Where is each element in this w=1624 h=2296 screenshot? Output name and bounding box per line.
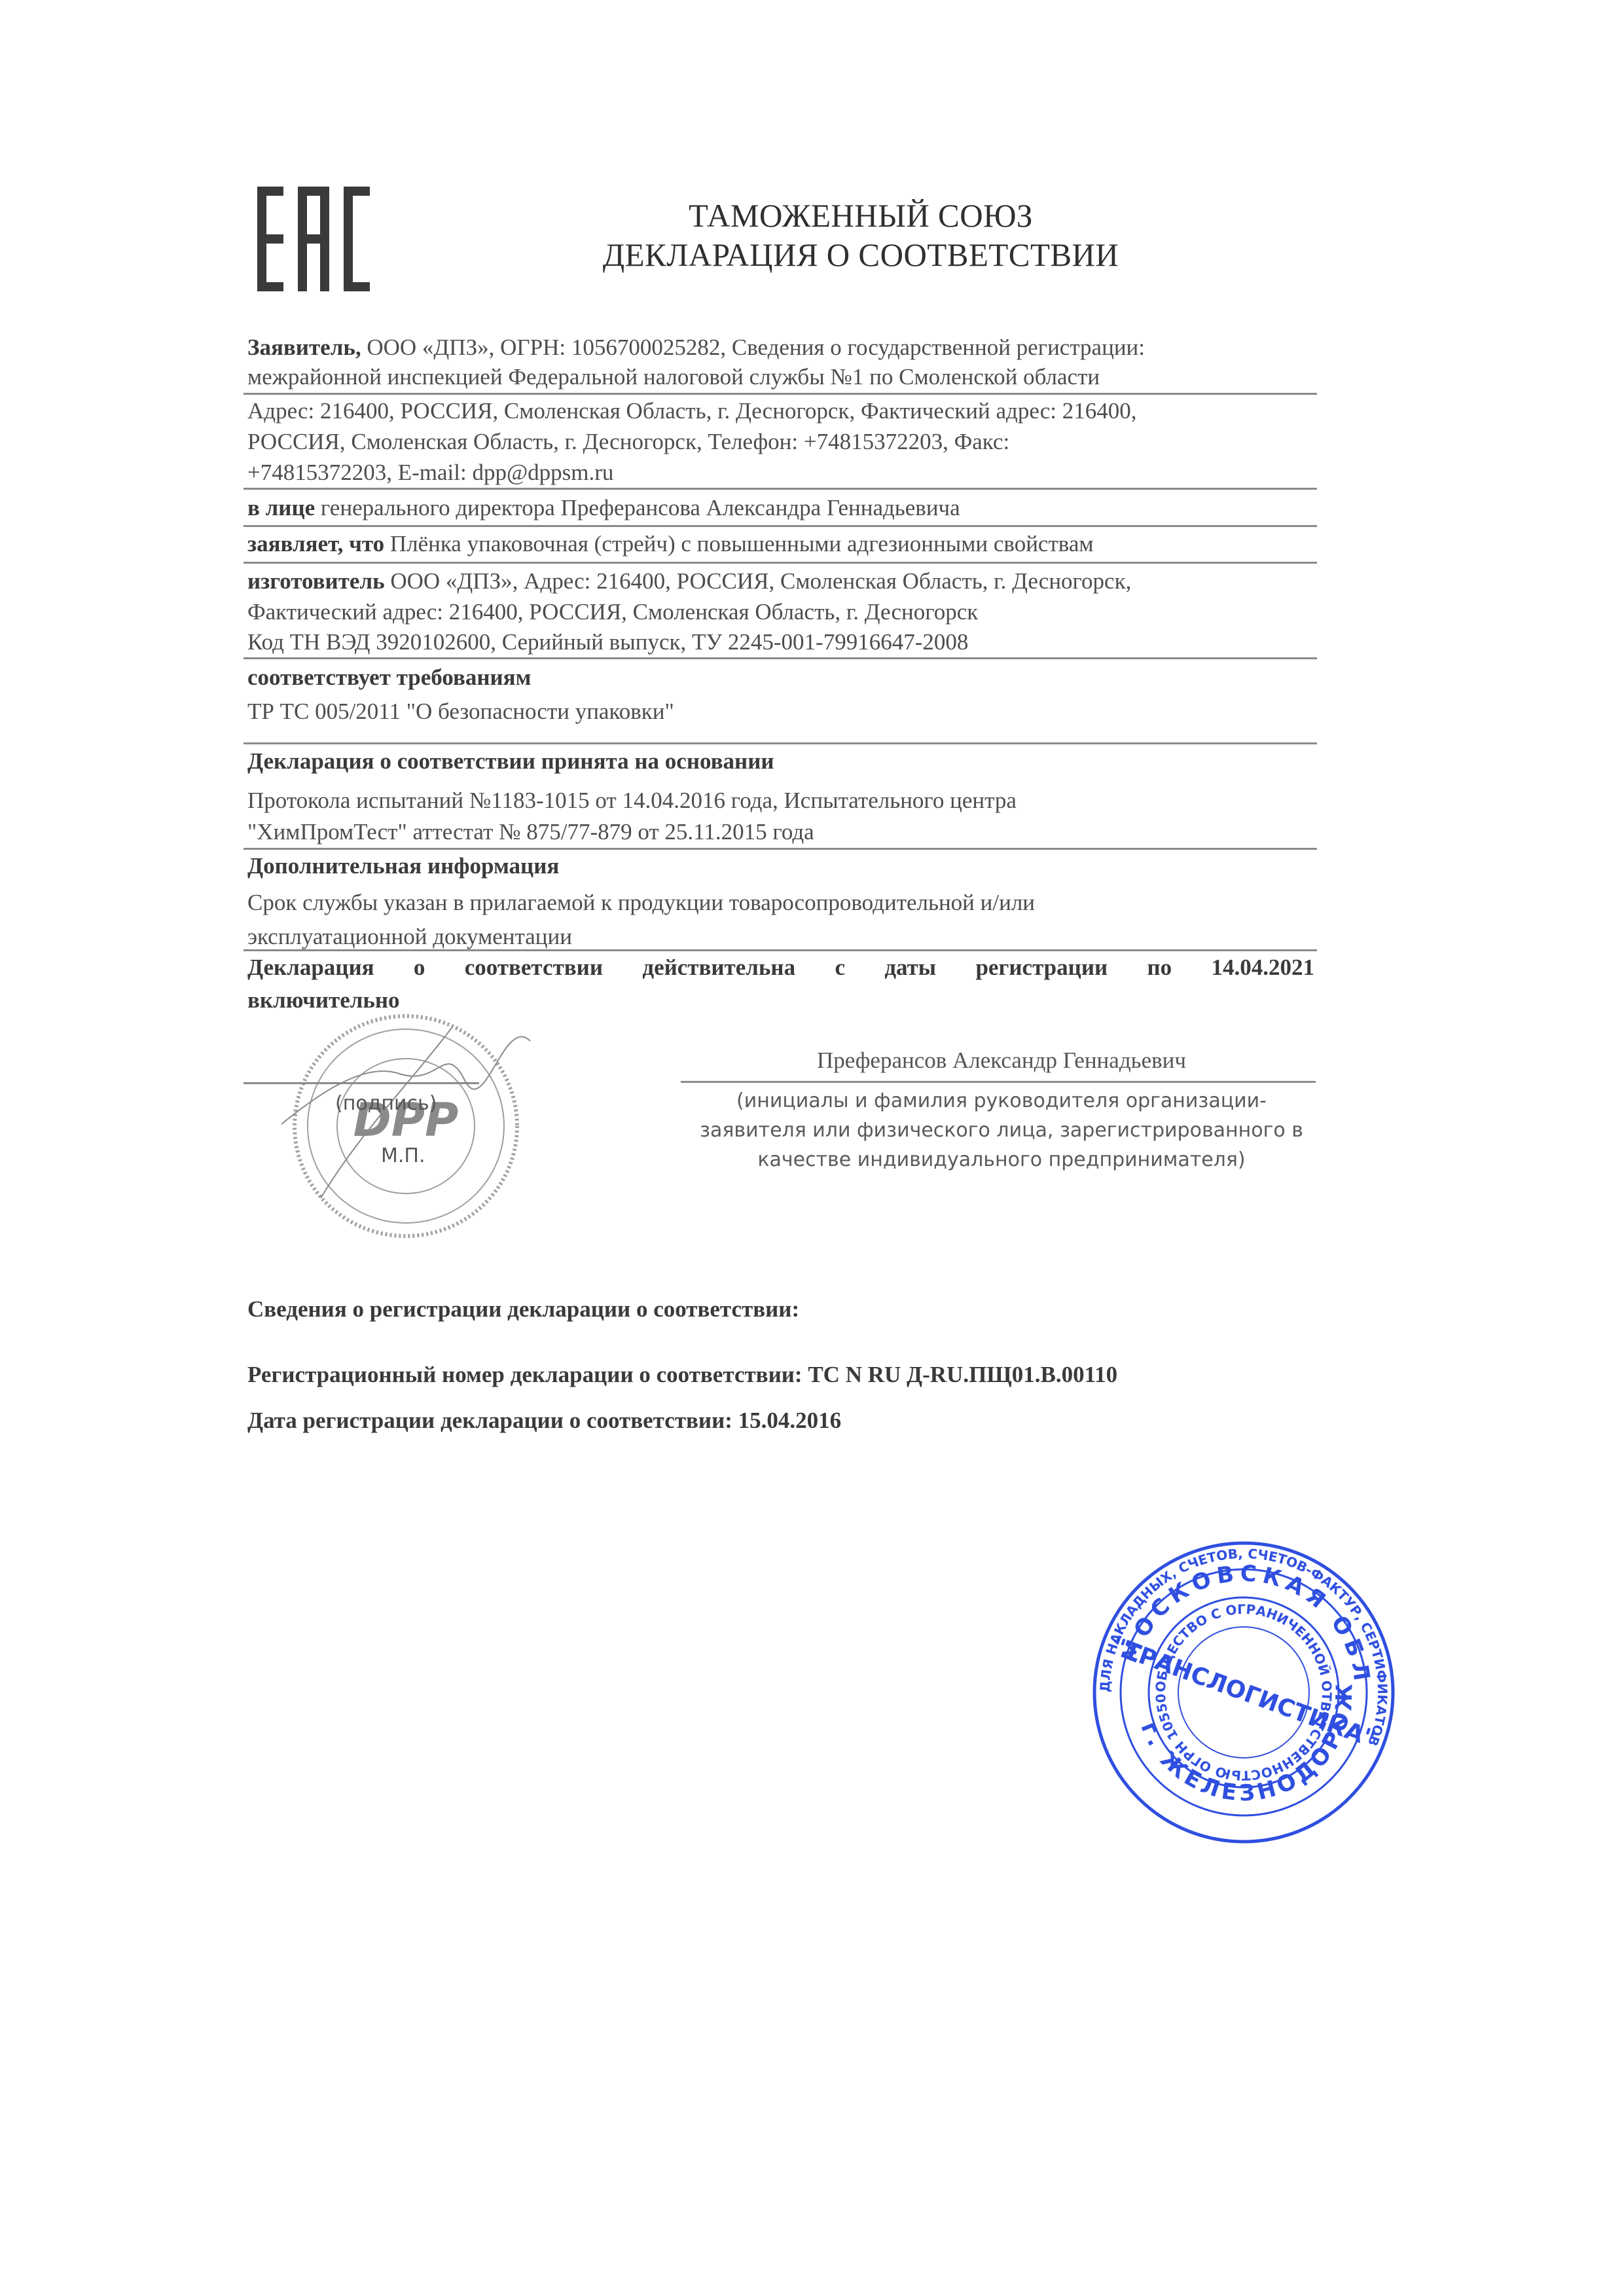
additional-label: Дополнительная информация (247, 851, 559, 881)
divider (244, 657, 1317, 659)
manufacturer-line-3: Код ТН ВЭД 3920102600, Серийный выпуск, … (247, 627, 968, 657)
basis-line-1: Протокола испытаний №1183-1015 от 14.04.… (247, 786, 1017, 815)
signature-line (244, 1082, 479, 1084)
eac-logo-icon (257, 187, 375, 291)
stamp-caption: М.П. (381, 1144, 425, 1167)
requirements-label: соответствует требованиям (247, 663, 531, 692)
signer-name: Преферансов Александр Геннадьевич (681, 1048, 1322, 1074)
declares-line: заявляет, что Плёнка упаковочная (стрейч… (247, 529, 1094, 558)
divider (244, 393, 1317, 395)
divider (244, 949, 1317, 951)
applicant-line-3: Адрес: 216400, РОССИЯ, Смоленская Област… (247, 396, 1137, 426)
signature-caption: (подпись) (335, 1092, 437, 1115)
registration-date-value: 15.04.2016 (738, 1408, 842, 1433)
manufacturer-line-1: изготовитель ООО «ДПЗ», Адрес: 216400, Р… (247, 566, 1131, 596)
registration-number-value: ТС N RU Д-RU.ПЩ01.В.00110 (808, 1362, 1117, 1387)
translogistika-stamp: ДЛЯ НАКЛАДНЫХ, СЧЕТОВ, СЧЕТОВ-ФАКТУР, СЕ… (1087, 1535, 1401, 1850)
title-declaration: ДЕКЛАРАЦИЯ О СООТВЕТСТВИИ (505, 236, 1217, 274)
applicant-line-4: РОССИЯ, Смоленская Область, г. Десногорс… (247, 427, 1009, 456)
divider (244, 742, 1317, 744)
basis-label: Декларация о соответствии принята на осн… (247, 746, 774, 776)
divider (244, 562, 1317, 564)
divider (244, 848, 1317, 850)
registration-number: Регистрационный номер декларации о соотв… (247, 1362, 1117, 1388)
basis-line-2: "ХимПромТест" аттестат № 875/77-879 от 2… (247, 817, 814, 847)
manufacturer-line-2: Фактический адрес: 216400, РОССИЯ, Смоле… (247, 597, 978, 627)
additional-line-2: эксплуатационной документации (247, 922, 572, 951)
divider (244, 488, 1317, 490)
representative-label: в лице (247, 495, 315, 520)
signer-name-line (681, 1081, 1316, 1083)
manufacturer-label: изготовитель (247, 568, 385, 594)
registration-date: Дата регистрации декларации о соответств… (247, 1408, 841, 1434)
signer-caption-1: (инициалы и фамилия руководителя организ… (681, 1087, 1322, 1116)
signer-caption-3: качестве индивидуального предпринимателя… (681, 1146, 1322, 1175)
validity-line-1: Декларация о соответствии действительна … (247, 953, 1314, 982)
declares-label: заявляет, что (247, 531, 384, 556)
applicant-line-2: межрайонной инспекцией Федеральной налог… (247, 362, 1100, 392)
requirements-text: ТР ТС 005/2011 "О безопасности упаковки" (247, 697, 674, 726)
registration-heading: Сведения о регистрации декларации о соот… (247, 1296, 799, 1322)
signer-caption-2: заявителя или физического лица, зарегист… (681, 1116, 1322, 1145)
company-seal-stamp: DPP (281, 1002, 556, 1250)
applicant-label: Заявитель, (247, 335, 361, 360)
applicant-line-1: Заявитель, ООО «ДПЗ», ОГРН: 105670002528… (247, 333, 1145, 362)
additional-line-1: Срок службы указан в прилагаемой к проду… (247, 888, 1035, 917)
applicant-line-5: +74815372203, E-mail: dpp@dppsm.ru (247, 458, 613, 487)
title-customs-union: ТАМОЖЕННЫЙ СОЮЗ (505, 196, 1217, 234)
representative-line: в лице генерального директора Преферансо… (247, 493, 960, 522)
divider (244, 525, 1317, 527)
